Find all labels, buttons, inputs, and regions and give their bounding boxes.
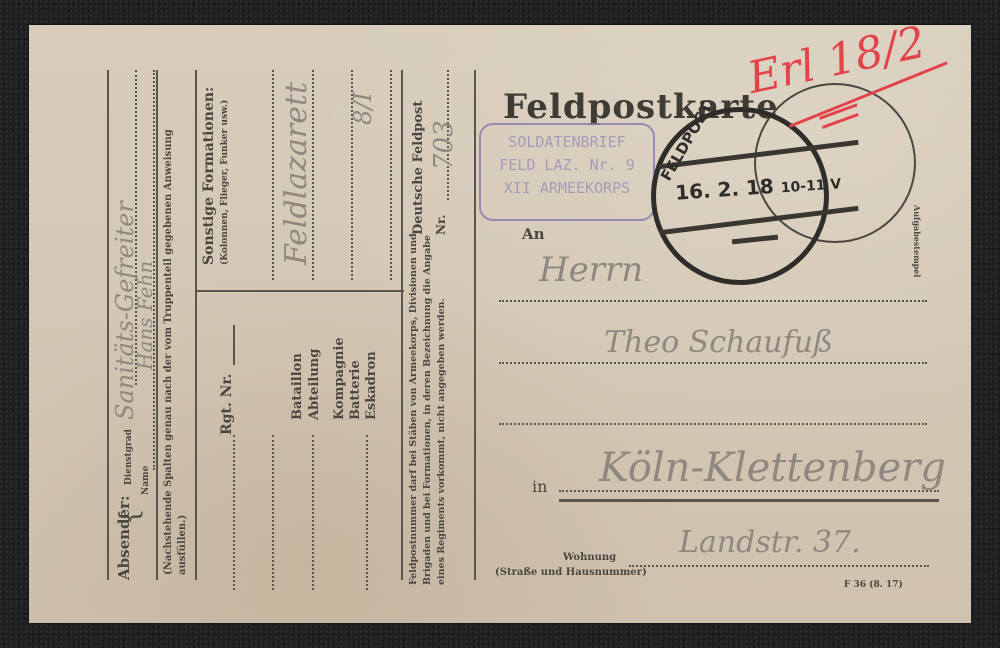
unit-line-1	[312, 435, 314, 590]
address-line-2	[499, 362, 927, 364]
feldpost-number-label: Nr.	[434, 215, 448, 235]
name-handwritten: Hans Fehn	[133, 261, 157, 370]
city-solid-line	[559, 499, 939, 502]
unit-line-2	[366, 435, 368, 590]
feldpost-right-line	[474, 70, 476, 580]
feldpost-heading: Deutsche Feldpost	[411, 101, 426, 235]
formations-subheading: (Kolonnen, Flieger, Funker usw.)	[220, 100, 230, 265]
address-line-1	[499, 300, 927, 302]
regiment-label: Rgt. Nr.	[219, 374, 235, 435]
unit-stamp-line-2: FELD LAZ. Nr. 9	[481, 154, 653, 177]
regiment-tick	[233, 325, 235, 365]
unit-stamp-line-1: SOLDATENBRIEF	[481, 131, 653, 154]
instruction-right-line	[195, 70, 197, 580]
unit-labels-1: Bataillon Abteilung	[289, 349, 323, 420]
in-label: in	[532, 477, 547, 496]
rank-label: Dienstgrad	[124, 429, 134, 485]
formations-divider	[195, 290, 404, 292]
salutation-handwritten: Herrn	[539, 250, 643, 290]
recipient-handwritten: Theo Schaufuß	[604, 325, 833, 360]
formations-handwritten: Feldlazarett	[279, 82, 314, 265]
name-label: Name	[141, 466, 151, 495]
formations-line-1	[272, 70, 274, 280]
sender-border-line	[107, 70, 109, 580]
residence-label: Wohnung	[563, 552, 616, 563]
feldpost-note: Feldpostnummer darf bei Stäben von Armee…	[407, 205, 449, 585]
unit-labels-2: Kompagnie Batterie Eskadron	[332, 337, 380, 420]
formations-mark-handwritten: 8/I	[349, 92, 377, 125]
instruction-text: (Nachstehende Spalten genau nach der vom…	[162, 115, 190, 575]
instruction-left-line	[156, 70, 158, 580]
sender-brace: {	[115, 508, 145, 525]
unit-stamp: SOLDATENBRIEF FELD LAZ. Nr. 9 XII ARMEEK…	[479, 123, 655, 221]
street-handwritten: Landstr. 37.	[679, 525, 861, 560]
form-number: F 36 (8. 17)	[844, 580, 903, 590]
city-handwritten: Köln-Klettenberg	[599, 445, 946, 491]
address-line-3	[499, 423, 927, 425]
formations-heading: Sonstige Formationen:	[201, 87, 217, 265]
feldpostkarte-card: Absender: { Dienstgrad Name Sanitäts-Gef…	[29, 25, 971, 623]
formations-line-4	[390, 70, 392, 280]
regiment-line-1	[233, 435, 235, 590]
city-dotted-line	[559, 490, 939, 492]
stamp-area-label: Aufgabestempel	[912, 205, 922, 277]
to-label: An	[522, 225, 545, 243]
feldpost-left-line	[401, 70, 403, 580]
regiment-line-2	[272, 435, 274, 590]
feldpost-number-handwritten: 703	[429, 120, 459, 170]
unit-stamp-line-3: XII ARMEEKORPS	[481, 177, 653, 200]
residence-dotted-line	[629, 565, 929, 567]
residence-sublabel: (Straße und Hausnummer)	[495, 567, 647, 578]
